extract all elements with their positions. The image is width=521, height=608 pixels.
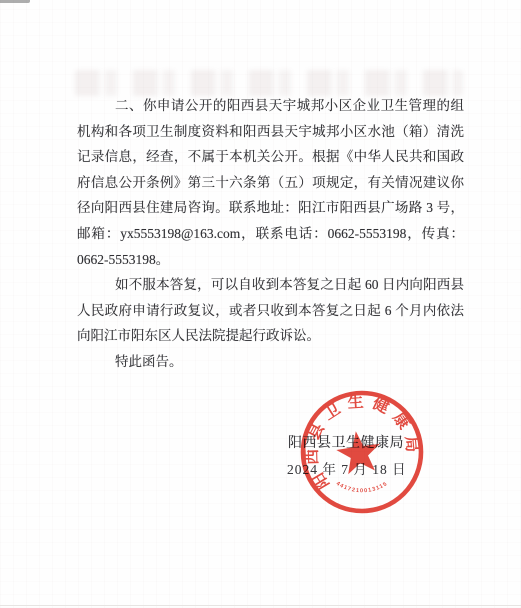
body-line: 向阳江市阳东区人民法院提起行政诉讼。 — [77, 323, 464, 349]
seal-ring-text: 阳西县卫生健康局 — [297, 387, 427, 494]
body-line: 人民政府申请行政复议，或者只收到本答复之日起 6 个月内依法 — [77, 298, 464, 324]
letter-body: 二、你申请公开的阳西县天宇城邦小区企业卫生管理的组织 机构和各项卫生制度资料和阳… — [77, 93, 464, 375]
page-bottom-edge — [0, 605, 521, 606]
body-line: 特此函告。 — [77, 349, 464, 375]
seal-serial-number: 4417210013115 — [335, 481, 389, 494]
body-line: 如不服本答复，可以自收到本答复之日起 60 日内向阳西县 — [77, 272, 464, 298]
body-line: 径向阳西县住建局咨询。联系地址：阳江市阳西县广场路 3 号， — [77, 195, 464, 221]
body-line: 二、你申请公开的阳西县天宇城邦小区企业卫生管理的组织 — [77, 93, 464, 119]
seal-ring-text-group: 阳西县卫生健康局 — [297, 387, 427, 494]
document-page: 二、你申请公开的阳西县天宇城邦小区企业卫生管理的组织 机构和各项卫生制度资料和阳… — [0, 0, 521, 608]
body-line: 机构和各项卫生制度资料和阳西县天宇城邦小区水池（箱）清洗 — [77, 119, 464, 145]
body-line: 记录信息，经查，不属于本机关公开。根据《中华人民共和国政 — [77, 144, 464, 170]
official-seal: 阳西县卫生健康局 4417210013115 — [297, 387, 427, 517]
body-line: 府信息公开条例》第三十六条第（五）项规定，有关情况建议你 — [77, 170, 464, 196]
body-line: 邮箱：yx5553198@163.com，联系电话：0662-5553198，传… — [77, 221, 464, 247]
body-line: 0662-5553198。 — [77, 247, 464, 273]
seal-star-icon — [334, 428, 383, 475]
scan-corner-smudge — [0, 0, 30, 3]
